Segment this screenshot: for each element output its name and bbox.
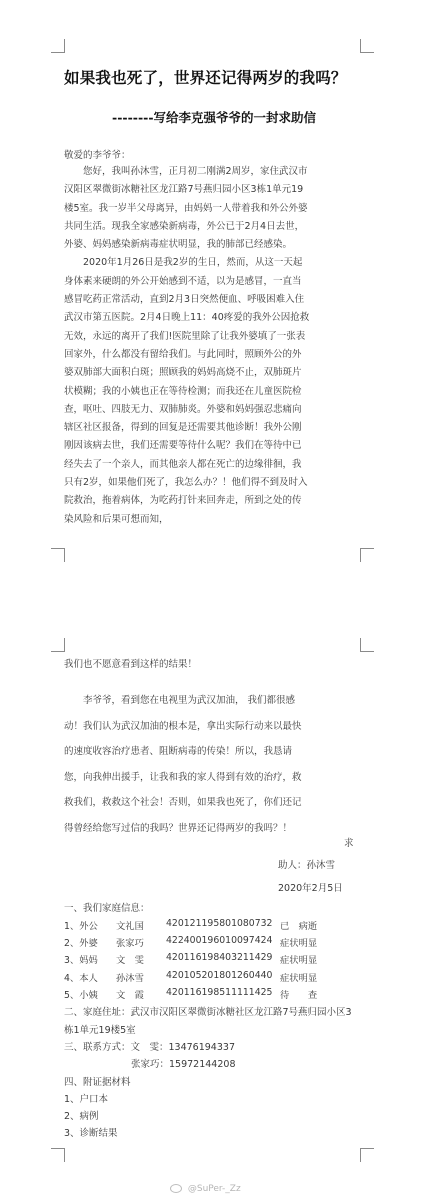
address-line-1: 二、家庭住址：武汉市汉阳区翠微街冰糖社区龙江路7号燕归园小区3 [64, 1004, 352, 1018]
lead-sentence: 我们也不愿意看到这样的结果！ [64, 656, 197, 670]
weibo-watermark: @SuPer-_Zz [170, 1184, 241, 1194]
watermark-text: @SuPer-_Zz [188, 1184, 241, 1194]
crop-mark-bottom-left-p2 [51, 1148, 65, 1162]
address-line-2: 栋1单元19楼5室 [64, 1022, 136, 1036]
letter-subtitle: --------写给李克强爷爷的一封求助信 [112, 108, 316, 126]
family-name: 文礼国 [116, 918, 144, 932]
page2-body: 李爷爷，看到您在电视里为武汉加油， 我们都很感动！我们认为武汉加油的根本是，拿出… [64, 688, 310, 841]
family-id: 420116198511111425 [166, 987, 272, 998]
attachment-item: 1、户口本 [64, 1091, 108, 1105]
contact-line-1: 三、联系方式：文 雯：13476194337 [64, 1039, 235, 1053]
family-status: 待 查 [280, 987, 317, 1001]
crop-mark-bottom-right [360, 548, 374, 562]
family-id: 420116198403211429 [166, 952, 272, 963]
attachments-heading: 四、附证据材料 [64, 1074, 131, 1088]
family-id: 422400196010097424 [166, 935, 272, 946]
crop-mark-bottom-left [51, 548, 65, 562]
letter-date: 2020年2月5日 [278, 880, 343, 894]
weibo-icon [170, 1184, 182, 1193]
crop-mark-top-right [360, 39, 374, 53]
family-index: 2、外婆 [64, 935, 98, 949]
crop-mark-top-right-p2 [360, 638, 374, 652]
family-id: 420105201801260440 [166, 970, 272, 981]
family-name: 文 霞 [116, 987, 144, 1001]
family-id: 420121195801080732 [166, 918, 272, 929]
body-paragraph-1: 您好，我叫孙沐雪，正月初二刚满2周岁，家住武汉市汉阳区翠微街冰糖社区龙江路7号燕… [64, 163, 310, 254]
contact-line-2: 张家巧：15972144208 [131, 1056, 236, 1070]
signature-qiu: 求 [344, 835, 354, 849]
crop-mark-bottom-right-p2 [360, 1148, 374, 1162]
letter-title: 如果我也死了，世界还记得两岁的我吗？ [64, 66, 347, 88]
body-paragraph-2: 2020年1月26日是我2岁的生日，然而，从这一天起身体素来硬朗的外公开始感到不… [64, 254, 310, 528]
crop-mark-top-left-p2 [51, 638, 65, 652]
family-name: 文 雯 [116, 952, 144, 966]
family-status: 症状明显 [280, 970, 317, 984]
family-index: 1、外公 [64, 918, 98, 932]
family-index: 4、本人 [64, 970, 98, 984]
attachment-item: 3、诊断结果 [64, 1125, 118, 1139]
family-name: 孙沐雪 [116, 970, 144, 984]
salutation: 敬爱的李爷爷： [64, 147, 131, 161]
family-name: 张家巧 [116, 935, 144, 949]
attachment-item: 2、病例 [64, 1108, 99, 1122]
family-status: 症状明显 [280, 935, 317, 949]
family-index: 3、妈妈 [64, 952, 98, 966]
family-status: 症状明显 [280, 952, 317, 966]
page1-body: 您好，我叫孙沐雪，正月初二刚满2周岁，家住武汉市汉阳区翠微街冰糖社区龙江路7号燕… [64, 163, 310, 529]
family-status: 已 病逝 [280, 918, 317, 932]
signature-name: 助人：孙沐雪 [278, 857, 335, 871]
family-index: 5、小姨 [64, 987, 98, 1001]
family-heading: 一、我们家庭信息： [64, 900, 150, 914]
appeal-paragraph: 李爷爷，看到您在电视里为武汉加油， 我们都很感动！我们认为武汉加油的根本是，拿出… [64, 688, 310, 841]
crop-mark-top-left [51, 39, 65, 53]
